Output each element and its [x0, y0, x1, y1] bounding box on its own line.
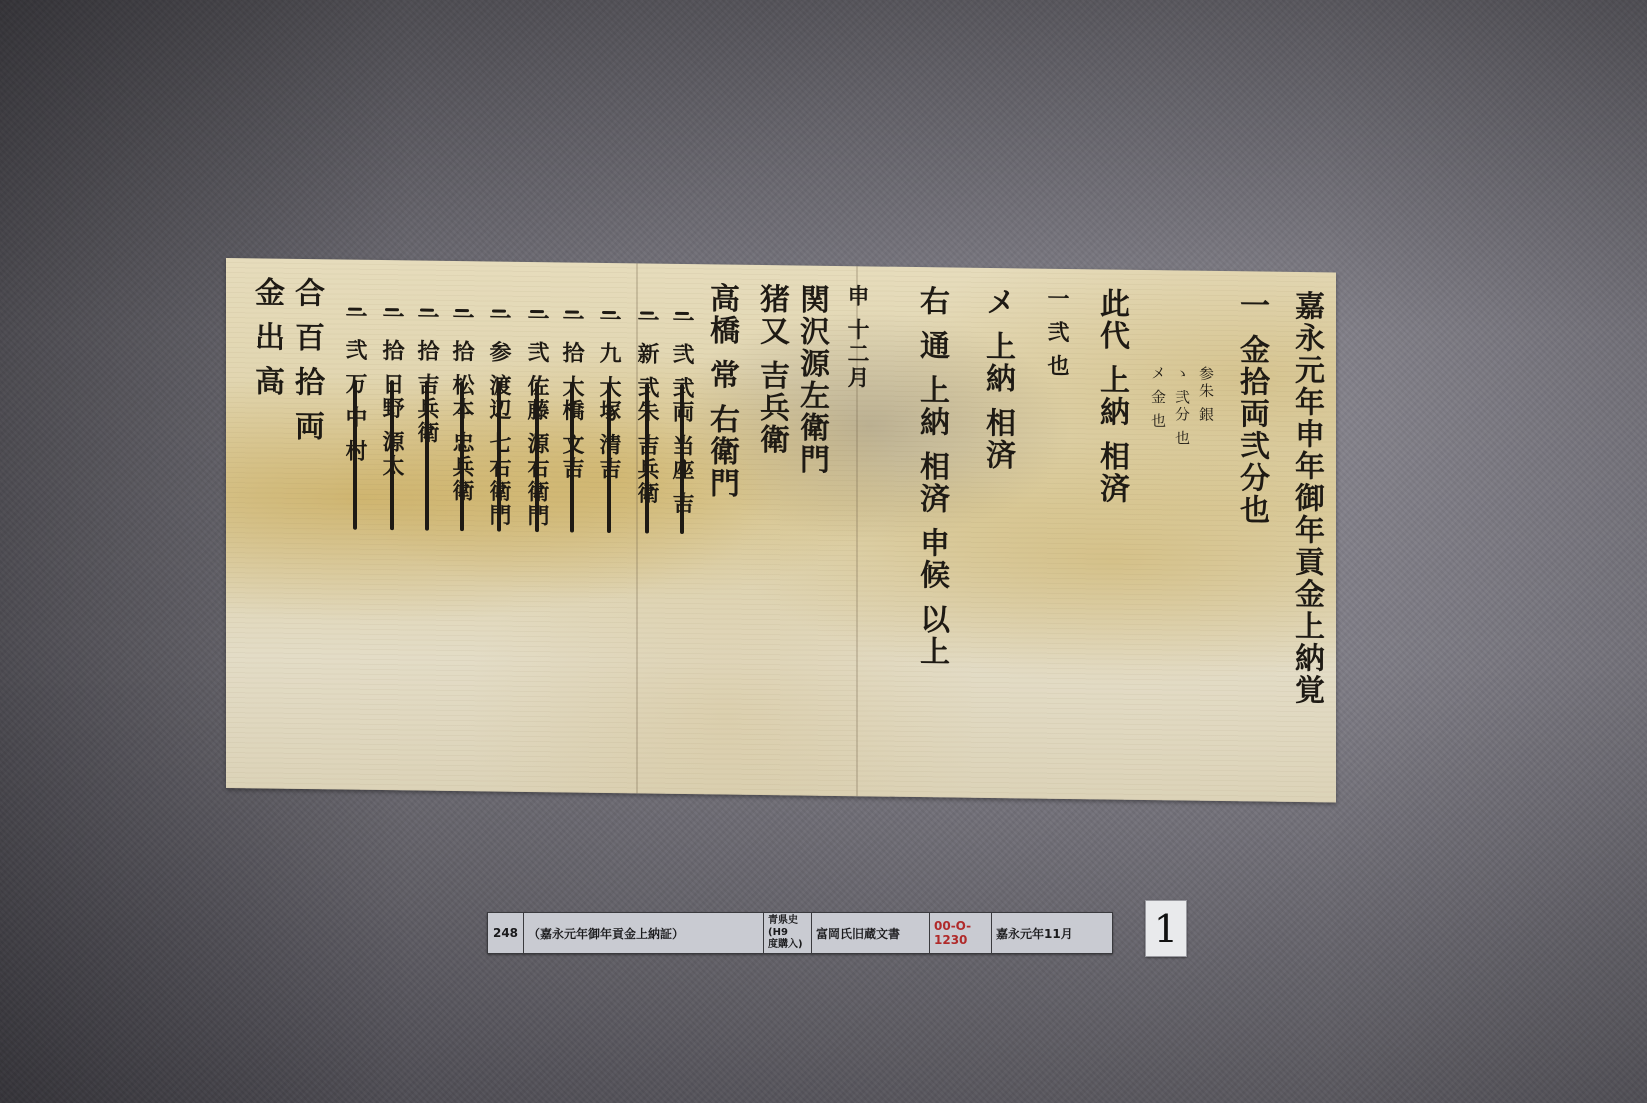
manuscript-column: 一 金拾両弐分也	[1236, 289, 1266, 526]
label-source-line1: 青県史(H9	[768, 915, 807, 939]
manuscript-column: 嘉永元年申年御年貢金上納覚	[1291, 290, 1321, 706]
list-dash-mark	[492, 309, 506, 312]
list-dash-mark	[640, 311, 654, 314]
brush-stroke	[497, 382, 501, 532]
label-date: 嘉永元年11月	[992, 913, 1112, 953]
label-catalog-id: 00-O-1230	[930, 913, 992, 953]
brush-stroke	[425, 381, 429, 531]
list-dash-mark	[348, 308, 362, 311]
manuscript-paper: 嘉永元年申年御年貢金上納覚一 金拾両弐分也参朱 銀 ゝ 弐分 也メ 金 也此代 …	[226, 258, 1336, 803]
brush-stroke	[607, 383, 611, 533]
manuscript-column: 関沢源左衛門	[796, 283, 826, 475]
label-number: 248	[488, 913, 524, 953]
brush-stroke	[680, 384, 684, 534]
label-title: （嘉永元年御年貢金上納証）	[524, 913, 764, 953]
list-dash-mark	[675, 312, 689, 315]
manuscript-column: 高橋 常 右衛門	[706, 282, 736, 499]
list-dash-mark	[565, 310, 579, 313]
manuscript-column: 猪又 吉兵衛	[756, 283, 786, 456]
manuscript-column: 右 通 上納 相済 申候 以上	[916, 285, 946, 668]
brush-stroke	[645, 383, 649, 533]
label-source-line2: 度購入)	[768, 939, 803, 951]
manuscript-column: ゝ 弐分 也	[1174, 365, 1189, 447]
manuscript-column: メ 金 也	[1150, 365, 1165, 430]
manuscript-column: 此代 上納 相済	[1096, 287, 1126, 504]
manuscript-column: 申 十二月	[846, 284, 868, 390]
brush-stroke	[390, 380, 394, 530]
catalog-label: 248 （嘉永元年御年貢金上納証） 青県史(H9 度購入) 富岡氏旧蔵文書 00…	[487, 912, 1113, 954]
manuscript-column: 金 出 高	[251, 276, 281, 397]
manuscript-text-columns: 嘉永元年申年御年貢金上納覚一 金拾両弐分也参朱 銀 ゝ 弐分 也メ 金 也此代 …	[226, 258, 1336, 273]
manuscript-column: 参朱 銀	[1198, 366, 1213, 424]
number-card: 1	[1145, 900, 1187, 957]
list-dash-mark	[530, 310, 544, 313]
brush-stroke	[535, 382, 539, 532]
label-source: 青県史(H9 度購入)	[764, 913, 812, 953]
brush-stroke	[353, 380, 357, 530]
manuscript-column: 一 弐 也	[1046, 287, 1068, 379]
label-collection: 富岡氏旧蔵文書	[812, 913, 930, 953]
brush-stroke	[570, 383, 574, 533]
manuscript-column: メ 上納 相済	[982, 286, 1012, 471]
list-dash-mark	[385, 308, 399, 311]
list-dash-mark	[420, 309, 434, 312]
list-dash-mark	[602, 311, 616, 314]
manuscript-column: 合 百 拾 両	[291, 277, 321, 443]
brush-stroke	[460, 381, 464, 531]
list-dash-mark	[455, 309, 469, 312]
